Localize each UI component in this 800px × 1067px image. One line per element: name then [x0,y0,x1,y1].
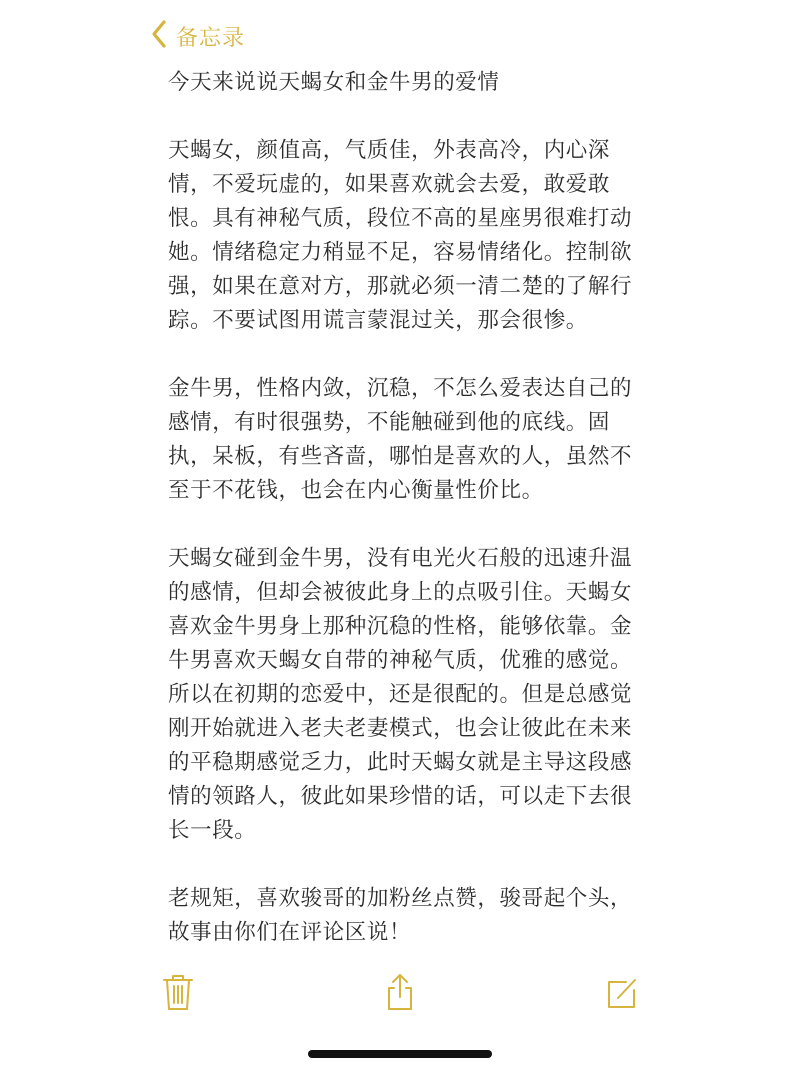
delete-button[interactable] [160,972,196,1012]
compose-icon [604,972,640,1012]
note-paragraph: 天蝎女，颜值高，气质佳，外表高冷，内心深情，不爱玩虚的，如果喜欢就会去爱，敢爱敢… [168,134,638,338]
back-label: 备忘录 [176,21,245,52]
share-icon [382,972,418,1012]
compose-button[interactable] [604,972,640,1012]
bottom-toolbar [0,972,800,1016]
share-button[interactable] [382,972,418,1012]
chevron-left-icon [150,19,168,53]
back-button[interactable]: 备忘录 [150,18,245,54]
note-paragraph: 金牛男，性格内敛，沉稳，不怎么爱表达自己的感情，有时很强势，不能触碰到他的底线。… [168,372,638,508]
note-paragraph: 天蝎女碰到金牛男，没有电光火石般的迅速升温的感情，但却会被彼此身上的点吸引住。天… [168,542,638,848]
note-title: 今天来说说天蝎女和金牛男的爱情 [168,66,638,100]
note-paragraph: 老规矩，喜欢骏哥的加粉丝点赞，骏哥起个头，故事由你们在评论区说！ [168,882,638,950]
trash-icon [160,972,196,1012]
home-indicator[interactable] [308,1050,492,1058]
note-body[interactable]: 今天来说说天蝎女和金牛男的爱情 天蝎女，颜值高，气质佳，外表高冷，内心深情，不爱… [168,66,638,984]
